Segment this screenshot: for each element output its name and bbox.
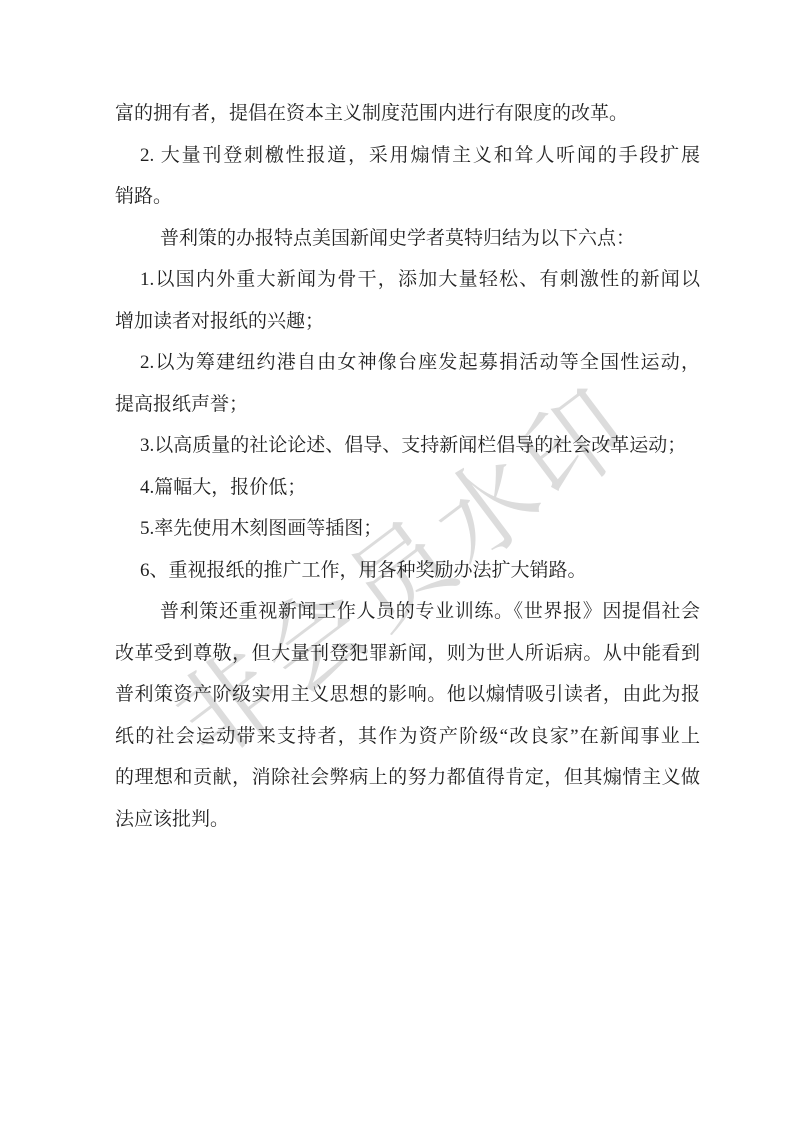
paragraph: 5.率先使用木刻图画等插图；	[115, 508, 700, 550]
text-line: 2.以为筹建纽约港自由女神像台座发起募捐活动等全国性运动，	[115, 342, 700, 384]
text-line: 纸的社会运动带来支持者，其作为资产阶级“改良家”在新闻事业上	[115, 716, 700, 758]
text-line: 法应该批判。	[115, 799, 700, 841]
text-line: 普利策资产阶级实用主义思想的影响。他以煽情吸引读者，由此为报	[115, 674, 700, 716]
text-line: 4.篇幅大，报价低；	[115, 467, 700, 509]
paragraph: 4.篇幅大，报价低；	[115, 467, 700, 509]
text-line: 普利策还重视新闻工作人员的专业训练。《世界报》因提倡社会	[115, 591, 700, 633]
text-line: 普利策的办报特点美国新闻史学者莫特归结为以下六点：	[115, 218, 700, 260]
paragraph: 普利策还重视新闻工作人员的专业训练。《世界报》因提倡社会改革受到尊敬，但大量刊登…	[115, 591, 700, 840]
text-line: 增加读者对报纸的兴趣；	[115, 301, 700, 343]
text-line: 3.以高质量的社论论述、倡导、支持新闻栏倡导的社会改革运动；	[115, 425, 700, 467]
paragraph: 1.以国内外重大新闻为骨干，添加大量轻松、有刺激性的新闻以增加读者对报纸的兴趣；	[115, 259, 700, 342]
text-line: 销路。	[115, 176, 700, 218]
paragraph: 2. 大量刊登刺檄性报道，采用煽情主义和耸人听闻的手段扩展销路。	[115, 135, 700, 218]
paragraph: 普利策的办报特点美国新闻史学者莫特归结为以下六点：	[115, 218, 700, 260]
document-page: 非会员水印 富的拥有者，提倡在资本主义制度范围内进行有限度的改革。2. 大量刊登…	[0, 0, 793, 1122]
paragraph: 3.以高质量的社论论述、倡导、支持新闻栏倡导的社会改革运动；	[115, 425, 700, 467]
document-content: 富的拥有者，提倡在资本主义制度范围内进行有限度的改革。2. 大量刊登刺檄性报道，…	[115, 93, 700, 840]
text-line: 1.以国内外重大新闻为骨干，添加大量轻松、有刺激性的新闻以	[115, 259, 700, 301]
text-line: 的理想和贡献，消除社会弊病上的努力都值得肯定，但其煽情主义做	[115, 757, 700, 799]
text-line: 改革受到尊敬，但大量刊登犯罪新闻，则为世人所诟病。从中能看到	[115, 633, 700, 675]
paragraph: 6、重视报纸的推广工作，用各种奖励办法扩大销路。	[115, 550, 700, 592]
text-line: 6、重视报纸的推广工作，用各种奖励办法扩大销路。	[115, 550, 700, 592]
text-line: 富的拥有者，提倡在资本主义制度范围内进行有限度的改革。	[115, 93, 700, 135]
paragraph: 2.以为筹建纽约港自由女神像台座发起募捐活动等全国性运动，提高报纸声誉；	[115, 342, 700, 425]
text-line: 5.率先使用木刻图画等插图；	[115, 508, 700, 550]
paragraph: 富的拥有者，提倡在资本主义制度范围内进行有限度的改革。	[115, 93, 700, 135]
text-line: 2. 大量刊登刺檄性报道，采用煽情主义和耸人听闻的手段扩展	[115, 135, 700, 177]
text-line: 提高报纸声誉；	[115, 384, 700, 426]
